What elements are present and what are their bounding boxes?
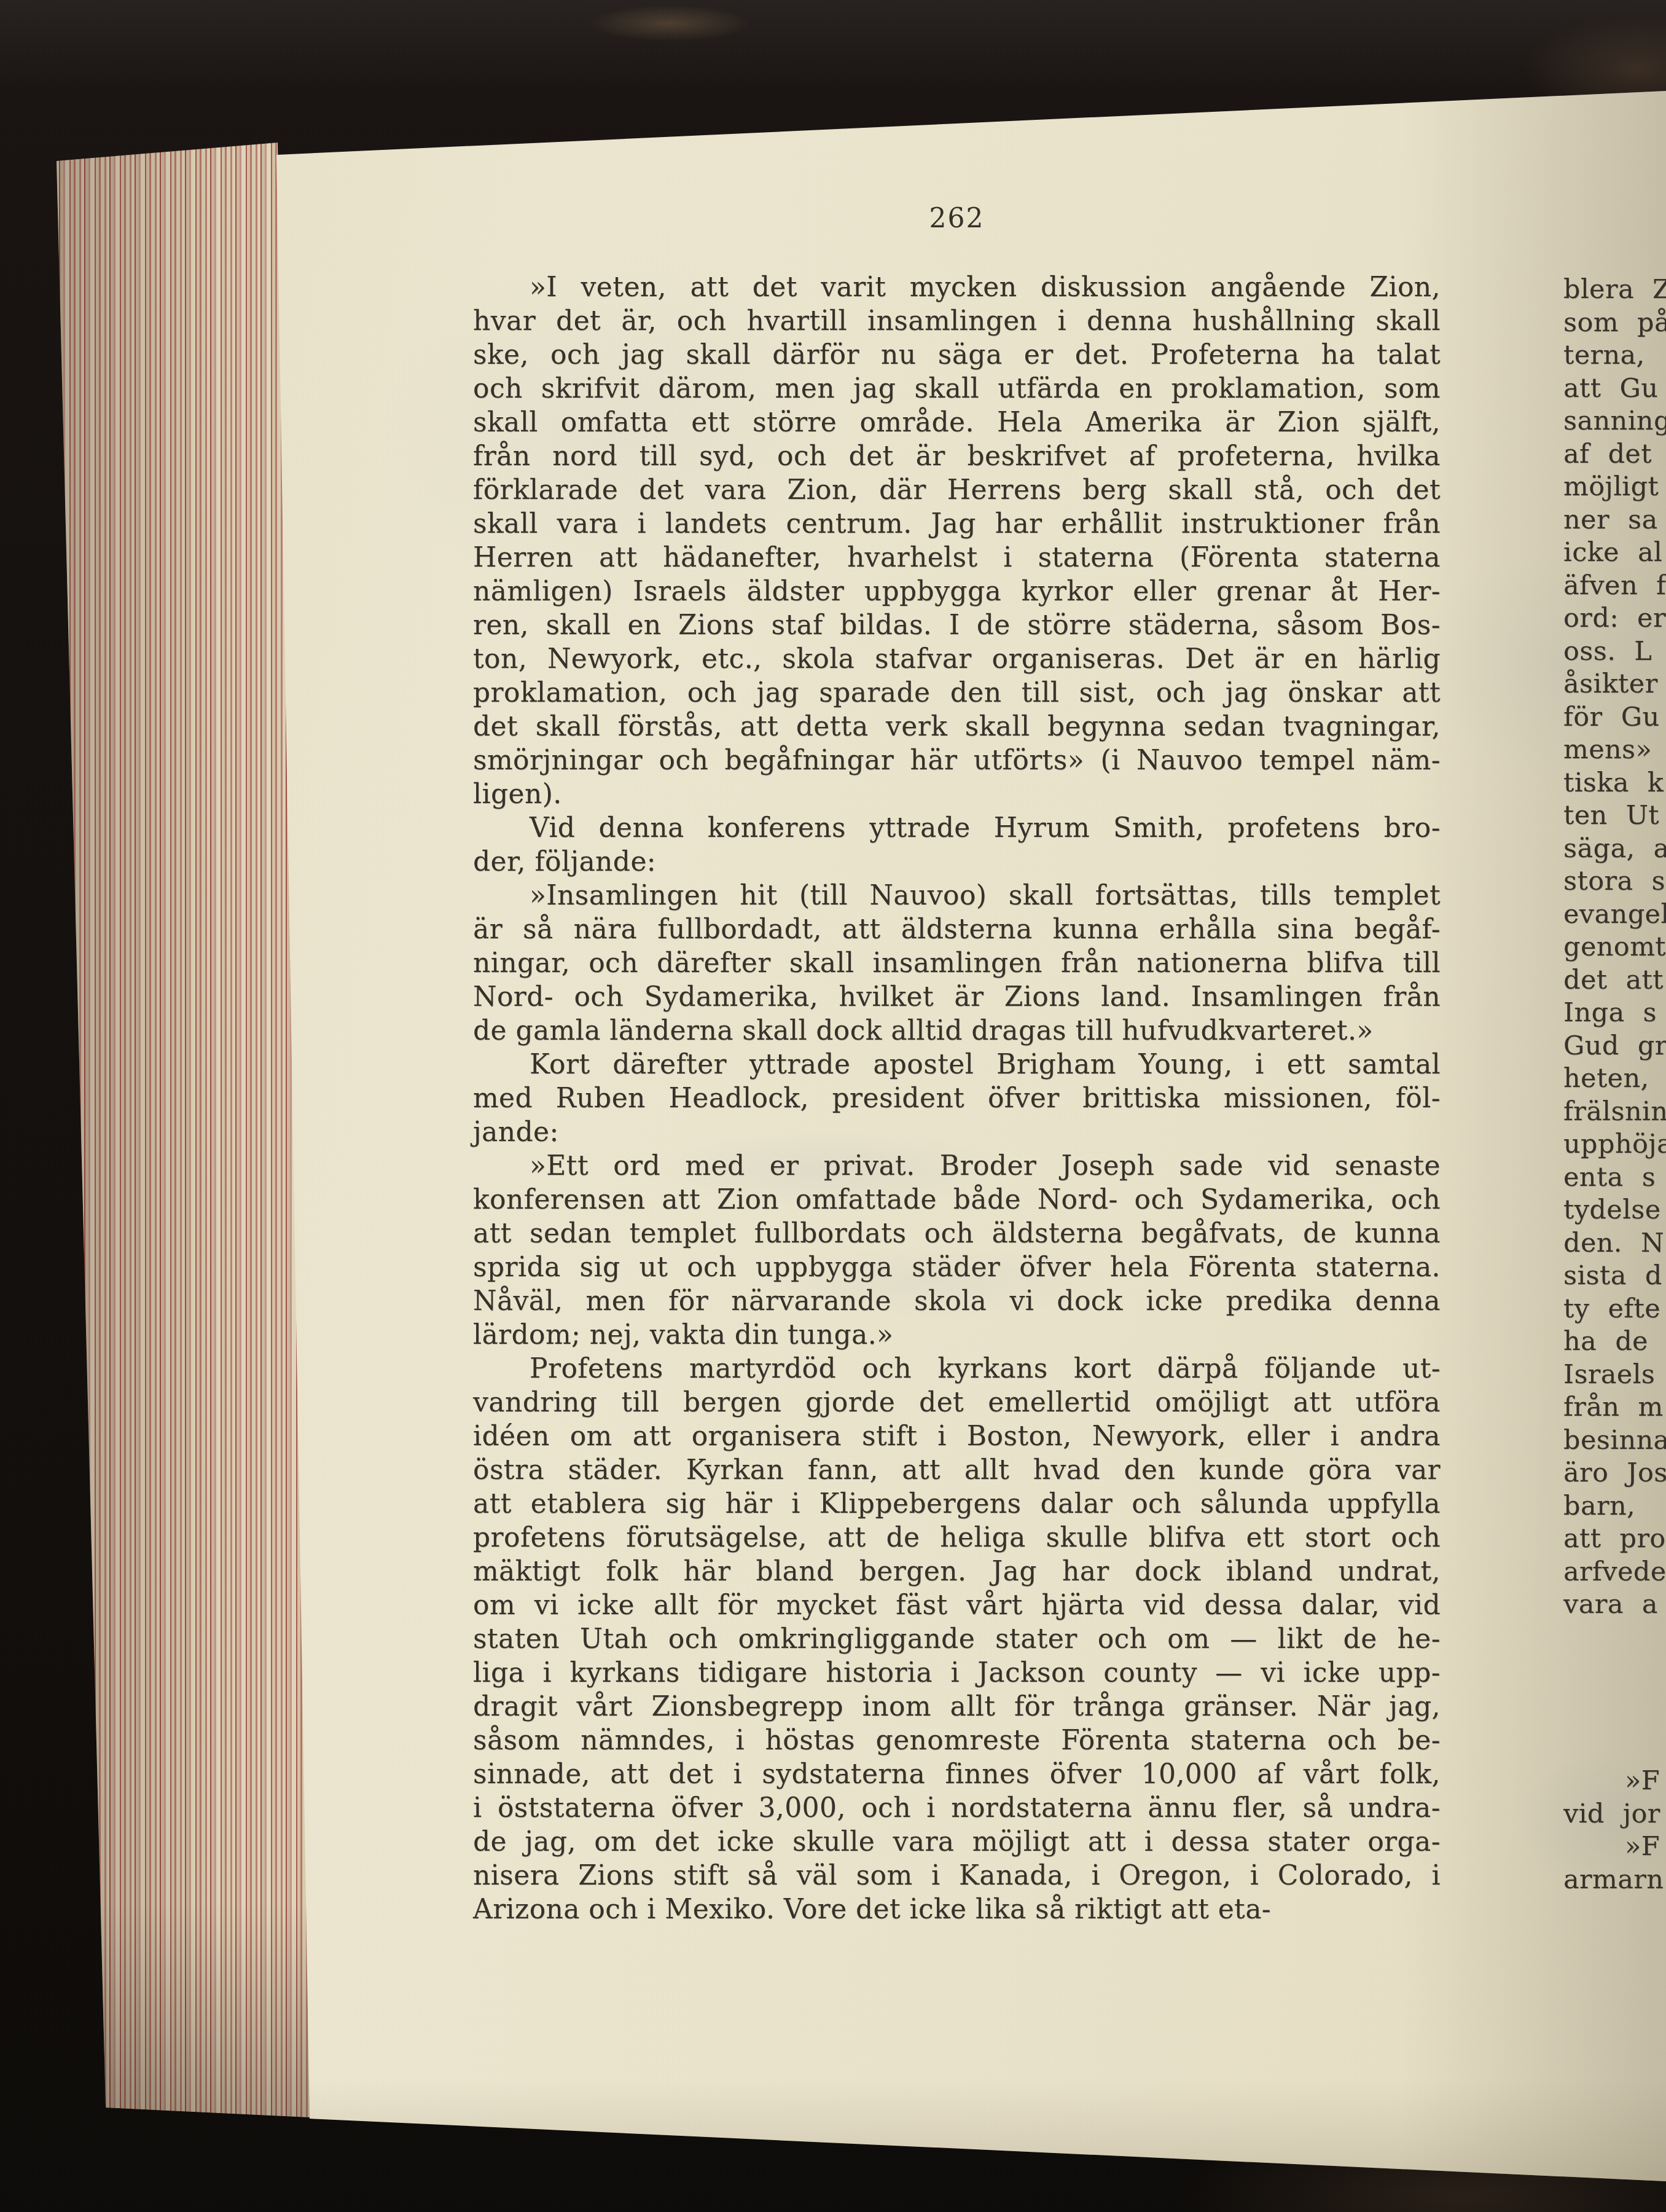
text-line: armarn	[1563, 1864, 1666, 1897]
page-number: 262	[473, 205, 1441, 232]
text-line: »Insamlingen hit (till Nauvoo) skall for…	[473, 879, 1441, 912]
text-line: »Ett ord med er privat. Broder Joseph sa…	[473, 1149, 1441, 1183]
text-line: från nord till syd, och det är beskrifve…	[473, 439, 1441, 473]
text-line: äro Jos	[1563, 1457, 1666, 1490]
text-line: för Gu	[1563, 701, 1666, 734]
text-line: från m	[1563, 1391, 1666, 1424]
text-line: Gud gr	[1563, 1030, 1666, 1063]
text-line: arfvede	[1563, 1556, 1666, 1589]
text-line: icke al	[1563, 536, 1666, 570]
text-line: oss. L	[1563, 635, 1666, 669]
text-line: sista d	[1563, 1260, 1666, 1293]
text-line: att Gu	[1563, 372, 1666, 406]
text-line: liga i kyrkans tidigare historia i Jacks…	[473, 1656, 1441, 1690]
text-line: i öststaterna öfver 3,000, och i nordsta…	[473, 1791, 1441, 1825]
text-line: ord: er	[1563, 602, 1666, 635]
text-line: proklamation, och jag sparade den till s…	[473, 676, 1441, 710]
text-line: att pro	[1563, 1523, 1666, 1556]
text-line: den. N	[1563, 1227, 1666, 1260]
text-line: enta s	[1563, 1161, 1666, 1194]
text-line: ske, och jag skall därför nu säga er det…	[473, 338, 1441, 372]
text-line: vara a	[1563, 1588, 1666, 1622]
text-line: det skall förstås, att detta verk skall …	[473, 710, 1441, 743]
text-line: äfven f	[1563, 570, 1666, 603]
text-line: det att	[1563, 964, 1666, 997]
text-line: ligen).	[473, 777, 1441, 811]
text-line: ha de	[1563, 1325, 1666, 1359]
text-line: säga, a	[1563, 833, 1666, 866]
text-line: tiska k	[1563, 767, 1666, 800]
text-line: blera Z	[1563, 273, 1666, 307]
text-line: Profetens martyrdöd och kyrkans kort där…	[473, 1352, 1441, 1386]
text-line: ton, Newyork, etc., skola stafvar organi…	[473, 642, 1441, 676]
text-line: skall omfatta ett större område. Hela Am…	[473, 406, 1441, 439]
text-line: att sedan templet fullbordats och äldste…	[473, 1217, 1441, 1250]
text-line: att etablera sig här i Klippebergens dal…	[473, 1487, 1441, 1521]
text-line: konferensen att Zion omfattade både Nord…	[473, 1183, 1441, 1217]
text-line: upphöja	[1563, 1128, 1666, 1161]
text-line: »F	[1563, 1830, 1666, 1864]
text-line: idéen om att organisera stift i Boston, …	[473, 1419, 1441, 1453]
text-line: Inga s	[1563, 997, 1666, 1030]
text-line: Arizona och i Mexiko. Vore det icke lika…	[473, 1892, 1441, 1926]
text-line: genomt	[1563, 931, 1666, 964]
text-line: förklarade det vara Zion, där Herrens be…	[473, 473, 1441, 507]
text-line: är så nära fullbordadt, att äldsterna ku…	[473, 912, 1441, 946]
text-line: ty efte	[1563, 1293, 1666, 1326]
text-line: sinnade, att det i sydstaterna finnes öf…	[473, 1757, 1441, 1791]
text-line: ren, skall en Zions staf bildas. I de st…	[473, 608, 1441, 642]
text-line: mäktigt folk här bland bergen. Jag har d…	[473, 1555, 1441, 1588]
text-line: tydelse	[1563, 1194, 1666, 1227]
text-line: vandring till bergen gjorde det emellert…	[473, 1386, 1441, 1419]
text-line: vid jor	[1563, 1798, 1666, 1831]
text-line: mens»	[1563, 734, 1666, 767]
text-line: sprida sig ut och uppbygga städer öfver …	[473, 1250, 1441, 1284]
text-line: Vid denna konferens yttrade Hyrum Smith,…	[473, 811, 1441, 845]
text-line: jande:	[473, 1115, 1441, 1149]
text-line: sanning	[1563, 405, 1666, 438]
text-line: lärdom; nej, vakta din tunga.»	[473, 1318, 1441, 1352]
text-line: med Ruben Headlock, president öfver brit…	[473, 1081, 1441, 1115]
main-text-column: »I veten, att det varit mycken diskussio…	[473, 270, 1441, 1926]
text-line: såsom nämndes, i höstas genomreste Fören…	[473, 1724, 1441, 1757]
text-line: »I veten, att det varit mycken diskussio…	[473, 270, 1441, 304]
text-line: de jag, om det icke skulle vara möjligt …	[473, 1825, 1441, 1859]
text-line: och skrifvit därom, men jag skall utfärd…	[473, 372, 1441, 406]
text-line: staten Utah och omkringliggande stater o…	[473, 1622, 1441, 1656]
text-line: ten Ut	[1563, 799, 1666, 833]
facing-page-text-column: blera Zsom påterna,att Gusanningaf detmö…	[1563, 273, 1666, 1622]
text-line: besinna	[1563, 1424, 1666, 1457]
text-line: skall vara i landets centrum. Jag har er…	[473, 507, 1441, 541]
text-line: nisera Zions stift så väl som i Kanada, …	[473, 1859, 1441, 1892]
text-line: af det	[1563, 438, 1666, 471]
text-line: dragit vårt Zionsbegrepp inom allt för t…	[473, 1690, 1441, 1724]
text-line: nämligen) Israels äldster uppbygga kyrko…	[473, 575, 1441, 608]
text-line: frälsnin	[1563, 1096, 1666, 1129]
text-line: Kort därefter yttrade apostel Brigham Yo…	[473, 1048, 1441, 1081]
text-line: om vi icke allt för mycket fäst vårt hjä…	[473, 1588, 1441, 1622]
text-line: heten,	[1563, 1062, 1666, 1096]
text-line: stora s	[1563, 865, 1666, 898]
book-page-photo: 262 »I veten, att det varit mycken disku…	[0, 0, 1666, 2212]
text-line: evangel	[1563, 898, 1666, 931]
text-line: hvar det är, och hvartill insamlingen i …	[473, 304, 1441, 338]
text-line: barn,	[1563, 1490, 1666, 1523]
text-line: profetens förutsägelse, att de heliga sk…	[473, 1521, 1441, 1555]
text-line: terna,	[1563, 339, 1666, 372]
text-line: ningar, och därefter skall insamlingen f…	[473, 946, 1441, 980]
text-line: ner sa	[1563, 504, 1666, 537]
text-line: Nord- och Sydamerika, hvilket är Zions l…	[473, 980, 1441, 1014]
text-line: »F	[1563, 1765, 1666, 1798]
text-line: möjligt	[1563, 471, 1666, 504]
text-line: Nåväl, men för närvarande skola vi dock …	[473, 1284, 1441, 1318]
text-line: smörjningar och begåfningar här utförts»…	[473, 743, 1441, 777]
text-line: der, följande:	[473, 845, 1441, 879]
facing-page-lower-lines: »Fvid jor»Farmarn	[1563, 1765, 1666, 1896]
text-line: åsikter	[1563, 668, 1666, 701]
text-line: de gamla länderna skall dock alltid drag…	[473, 1014, 1441, 1048]
text-line: östra städer. Kyrkan fann, att allt hvad…	[473, 1453, 1441, 1487]
text-line: som på	[1563, 307, 1666, 340]
text-line: Herren att hädanefter, hvarhelst i state…	[473, 541, 1441, 575]
text-line: Israels	[1563, 1359, 1666, 1392]
